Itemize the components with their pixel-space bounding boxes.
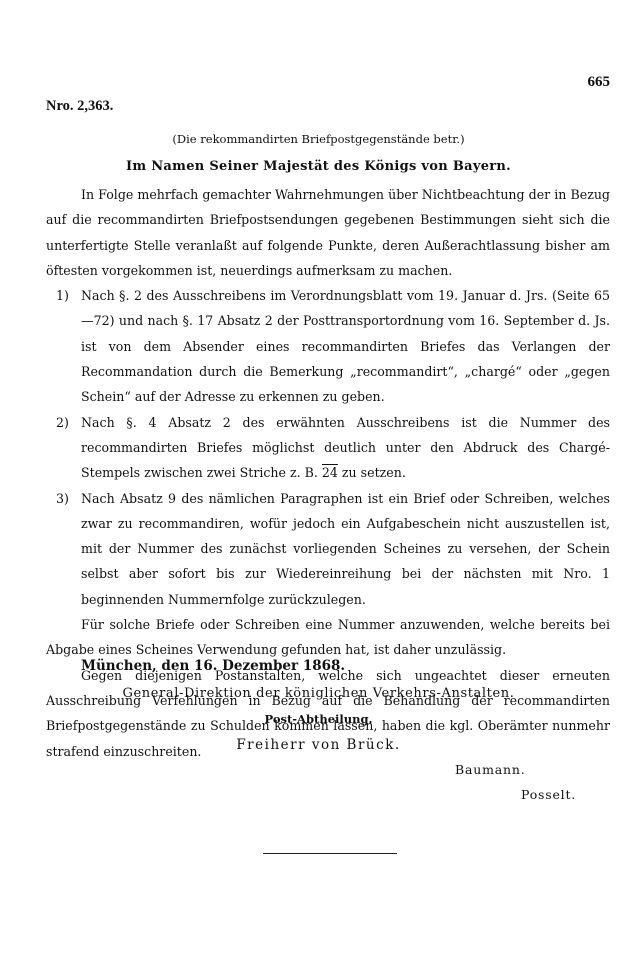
authority-line: General-Direktion der königlichen Verkeh… [0, 686, 637, 701]
department-line: Post-Abtheilung. [0, 712, 637, 726]
date-line: München, den 16. Dezember 1868. [81, 658, 345, 674]
list-number: 1) [56, 283, 69, 308]
page-number: 665 [588, 74, 611, 91]
document-body: In Folge mehrfach gemachter Wahrnehmunge… [46, 182, 610, 764]
document-number: Nro. 2,363. [46, 98, 113, 115]
paragraph-2: Für solche Briefe oder Schreiben eine Nu… [46, 612, 610, 663]
signatory: Freiherr von Brück. [0, 737, 637, 753]
cosigner-posselt: Posselt. [521, 787, 576, 802]
list-item-text: Nach Absatz 9 des nämlichen Paragraphen … [81, 486, 610, 612]
separator-rule [263, 853, 397, 854]
list-item-text: Nach §. 2 des Ausschreibens im Verordnun… [81, 283, 610, 409]
invocation-heading: Im Namen Seiner Majestät des Königs von … [0, 159, 637, 174]
list-item-1: 1) Nach §. 2 des Ausschreibens im Verord… [46, 283, 610, 409]
subject-line: (Die rekommandirten Briefpostgegenstände… [0, 132, 637, 146]
document-page: 665 Nro. 2,363. (Die rekommandirten Brie… [0, 0, 637, 960]
list-number: 2) [56, 410, 69, 435]
cosigner-baumann: Baumann. [455, 762, 525, 777]
intro-paragraph: In Folge mehrfach gemachter Wahrnehmunge… [46, 182, 610, 283]
example-number: 24 [322, 465, 338, 480]
list-item-3: 3) Nach Absatz 9 des nämlichen Paragraph… [46, 486, 610, 612]
list-number: 3) [56, 486, 69, 511]
list-item-2: 2) Nach §. 4 Absatz 2 des erwähnten Auss… [46, 410, 610, 486]
list-item-text-part: zu setzen. [338, 465, 406, 480]
list-item-text: Nach §. 4 Absatz 2 des erwähnten Ausschr… [81, 410, 610, 486]
